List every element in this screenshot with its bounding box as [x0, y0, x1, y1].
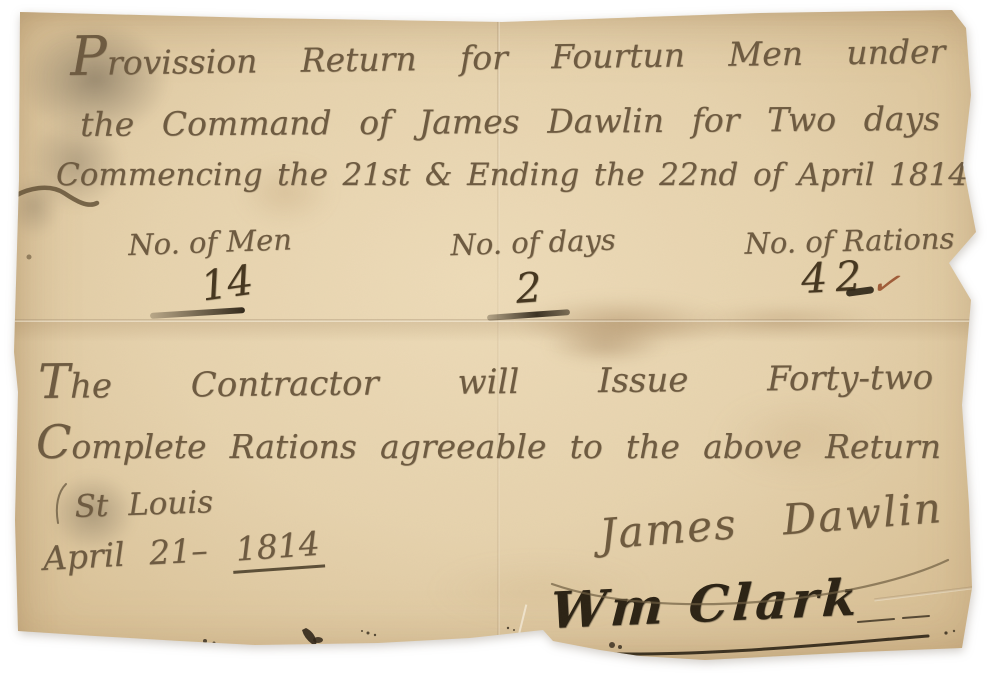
date-prefix: April 21–: [42, 530, 209, 578]
body-line-2: Complete Rations agreeable to the above …: [36, 426, 941, 466]
fold-crease-shadow-band: [0, 322, 1000, 342]
header-line-3: Commencing the 21st & Ending the 22nd of…: [56, 158, 968, 194]
header-line-2: the Command of James Dawlin for Two days: [80, 100, 940, 144]
value-rations: 42: [800, 252, 871, 303]
paper-wrap: Provission Return for Fourtun Men under …: [0, 0, 1000, 673]
manuscript-paper: Provission Return for Fourtun Men under …: [0, 0, 1000, 673]
date-year: 1814: [231, 524, 326, 573]
signature-wm-clark: Wm Clark: [549, 572, 862, 636]
value-days: 2: [514, 264, 543, 313]
document-scan: Provission Return for Fourtun Men under …: [0, 0, 1000, 673]
place-line: St Louis: [74, 485, 214, 525]
value-men: 14: [198, 257, 256, 311]
